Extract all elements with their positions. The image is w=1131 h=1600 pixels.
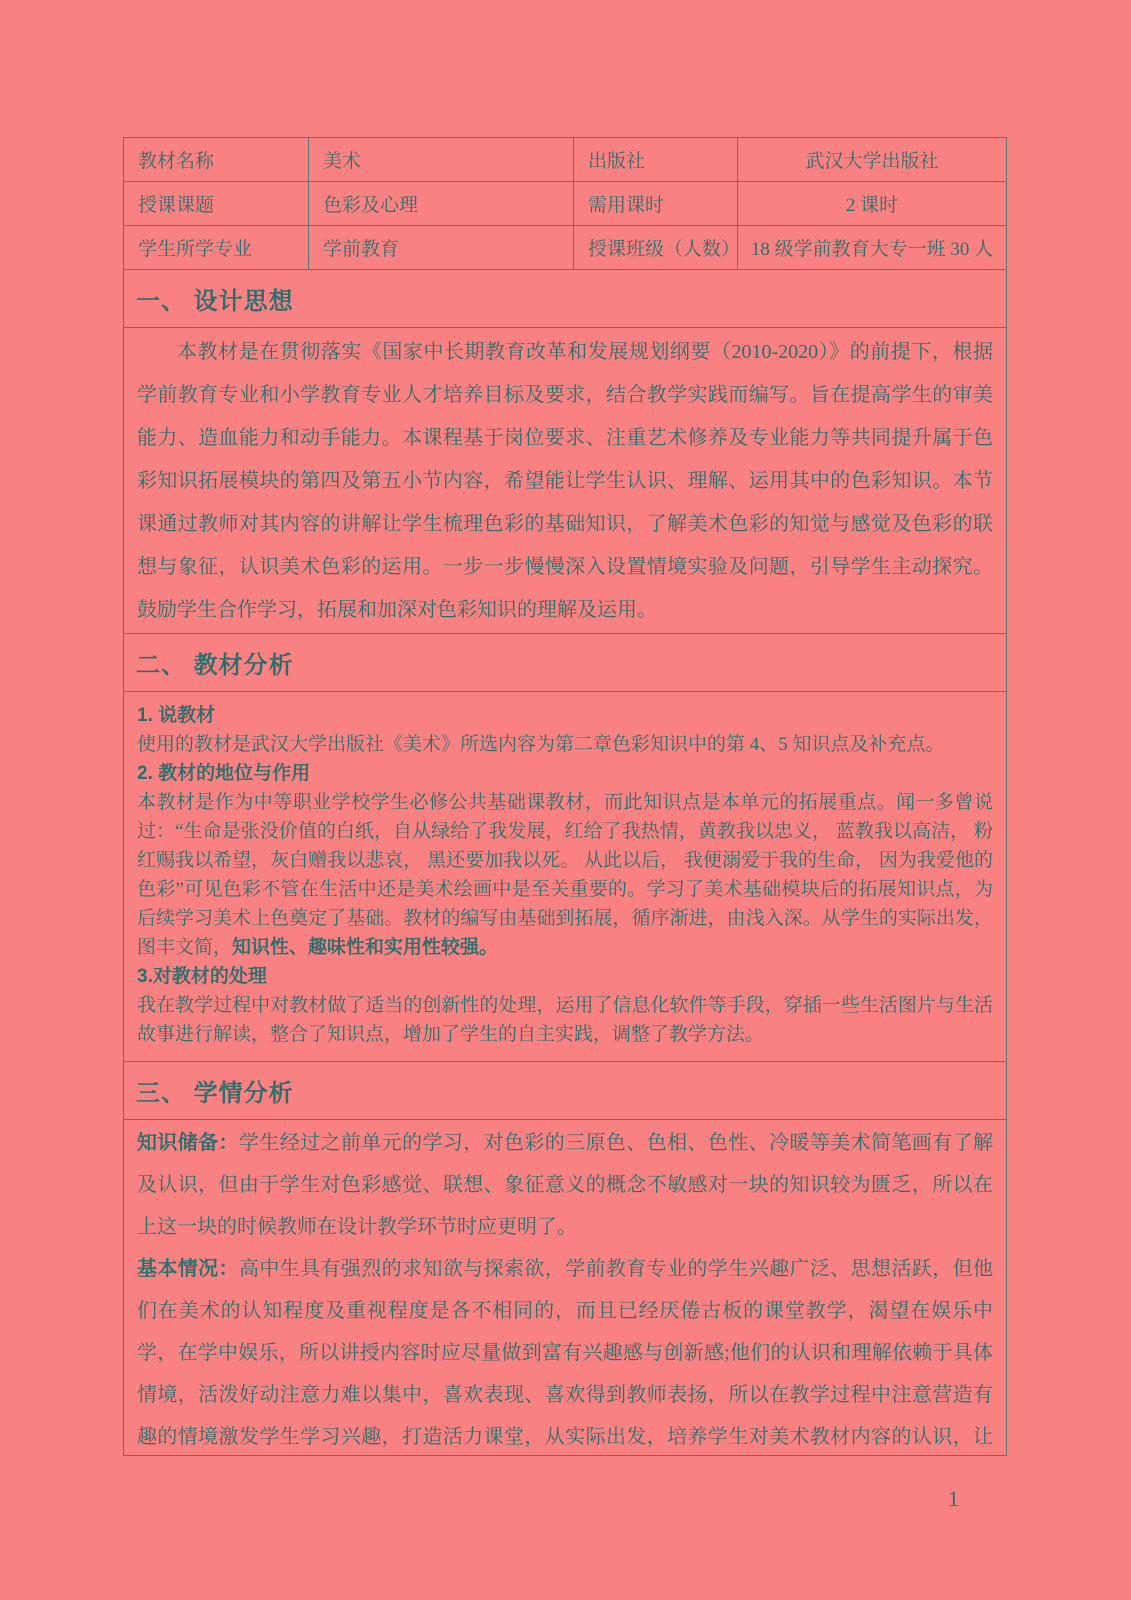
section-body-textbook-analysis: 1. 说教材 使用的教材是武汉大学出版社《美术》所选内容为第二章色彩知识中的第 …: [124, 692, 1006, 1062]
analysis-heading-3: 3.对教材的处理: [137, 962, 993, 991]
section-body-design-concept: 本教材是在贯彻落实《国家中长期教育改革和发展规划纲要（2010-2020）》的前…: [124, 328, 1006, 634]
design-concept-paragraph: 本教材是在贯彻落实《国家中长期教育改革和发展规划纲要（2010-2020）》的前…: [137, 331, 993, 632]
info-value-textbook-name: 美术: [309, 138, 574, 182]
section-title: 三、 学情分析: [136, 1073, 294, 1108]
info-label-lesson-topic: 授课课题: [124, 182, 309, 226]
analysis-paragraph-1: 使用的教材是武汉大学出版社《美术》所选内容为第二章色彩知识中的第 4、5 知识点…: [137, 730, 993, 759]
info-label-class-size: 授课班级（人数）: [574, 226, 738, 270]
basic-situation-text: 高中生具有强烈的求知欲与探索欲，学前教育专业的学生兴趣广泛、思想活跃，但他们在美…: [137, 1258, 993, 1455]
info-value-class-hours: 2 课时: [738, 182, 1006, 226]
analysis-heading-1: 1. 说教材: [137, 701, 993, 730]
info-label-class-hours: 需用课时: [574, 182, 738, 226]
learner-basic-paragraph: 基本情况：高中生具有强烈的求知欲与探索欲，学前教育专业的学生兴趣广泛、思想活跃，…: [137, 1248, 993, 1455]
document-page: { "page": { "number": "1" }, "colors": {…: [0, 0, 1131, 1600]
analysis-paragraph-2: 本教材是作为中等职业学校学生必修公共基础课教材，而此知识点是本单元的拓展重点。闻…: [137, 788, 993, 962]
section-header-learner-analysis: 三、 学情分析: [124, 1062, 1006, 1120]
analysis-heading-2: 2. 教材的地位与作用: [137, 759, 993, 788]
info-label-publisher: 出版社: [574, 138, 738, 182]
info-label-student-major: 学生所学专业: [124, 226, 309, 270]
lesson-plan-table: 教材名称 美术 出版社 武汉大学出版社 授课课题 色彩及心理 需用课时 2 课时…: [123, 137, 1007, 1456]
analysis-paragraph-2-tail-bold: 知识性、趣味性和实用性较强。: [232, 937, 498, 958]
section-header-design-concept: 一、 设计思想: [124, 270, 1006, 328]
info-value-publisher: 武汉大学出版社: [738, 138, 1006, 182]
section-title: 一、 设计思想: [136, 281, 294, 316]
info-value-class-size: 18 级学前教育大专一班 30 人: [738, 226, 1006, 270]
learner-knowledge-paragraph: 知识储备：学生经过之前单元的学习，对色彩的三原色、色相、色性、冷暖等美术简笔画有…: [137, 1122, 993, 1248]
info-table: 教材名称 美术 出版社 武汉大学出版社 授课课题 色彩及心理 需用课时 2 课时…: [124, 138, 1006, 270]
basic-situation-label: 基本情况：: [137, 1258, 239, 1280]
analysis-paragraph-3: 我在教学过程中对教材做了适当的创新性的处理，运用了信息化软件等手段，穿插一些生活…: [137, 991, 993, 1049]
page-number: 1: [948, 1486, 959, 1512]
section-title: 二、 教材分析: [136, 645, 294, 680]
info-value-student-major: 学前教育: [309, 226, 574, 270]
knowledge-reserve-text: 学生经过之前单元的学习，对色彩的三原色、色相、色性、冷暖等美术简笔画有了解及认识…: [137, 1132, 993, 1238]
section-body-learner-analysis: 知识储备：学生经过之前单元的学习，对色彩的三原色、色相、色性、冷暖等美术简笔画有…: [124, 1120, 1006, 1455]
info-value-lesson-topic: 色彩及心理: [309, 182, 574, 226]
knowledge-reserve-label: 知识储备：: [137, 1132, 239, 1154]
section-header-textbook-analysis: 二、 教材分析: [124, 634, 1006, 692]
info-label-textbook-name: 教材名称: [124, 138, 309, 182]
